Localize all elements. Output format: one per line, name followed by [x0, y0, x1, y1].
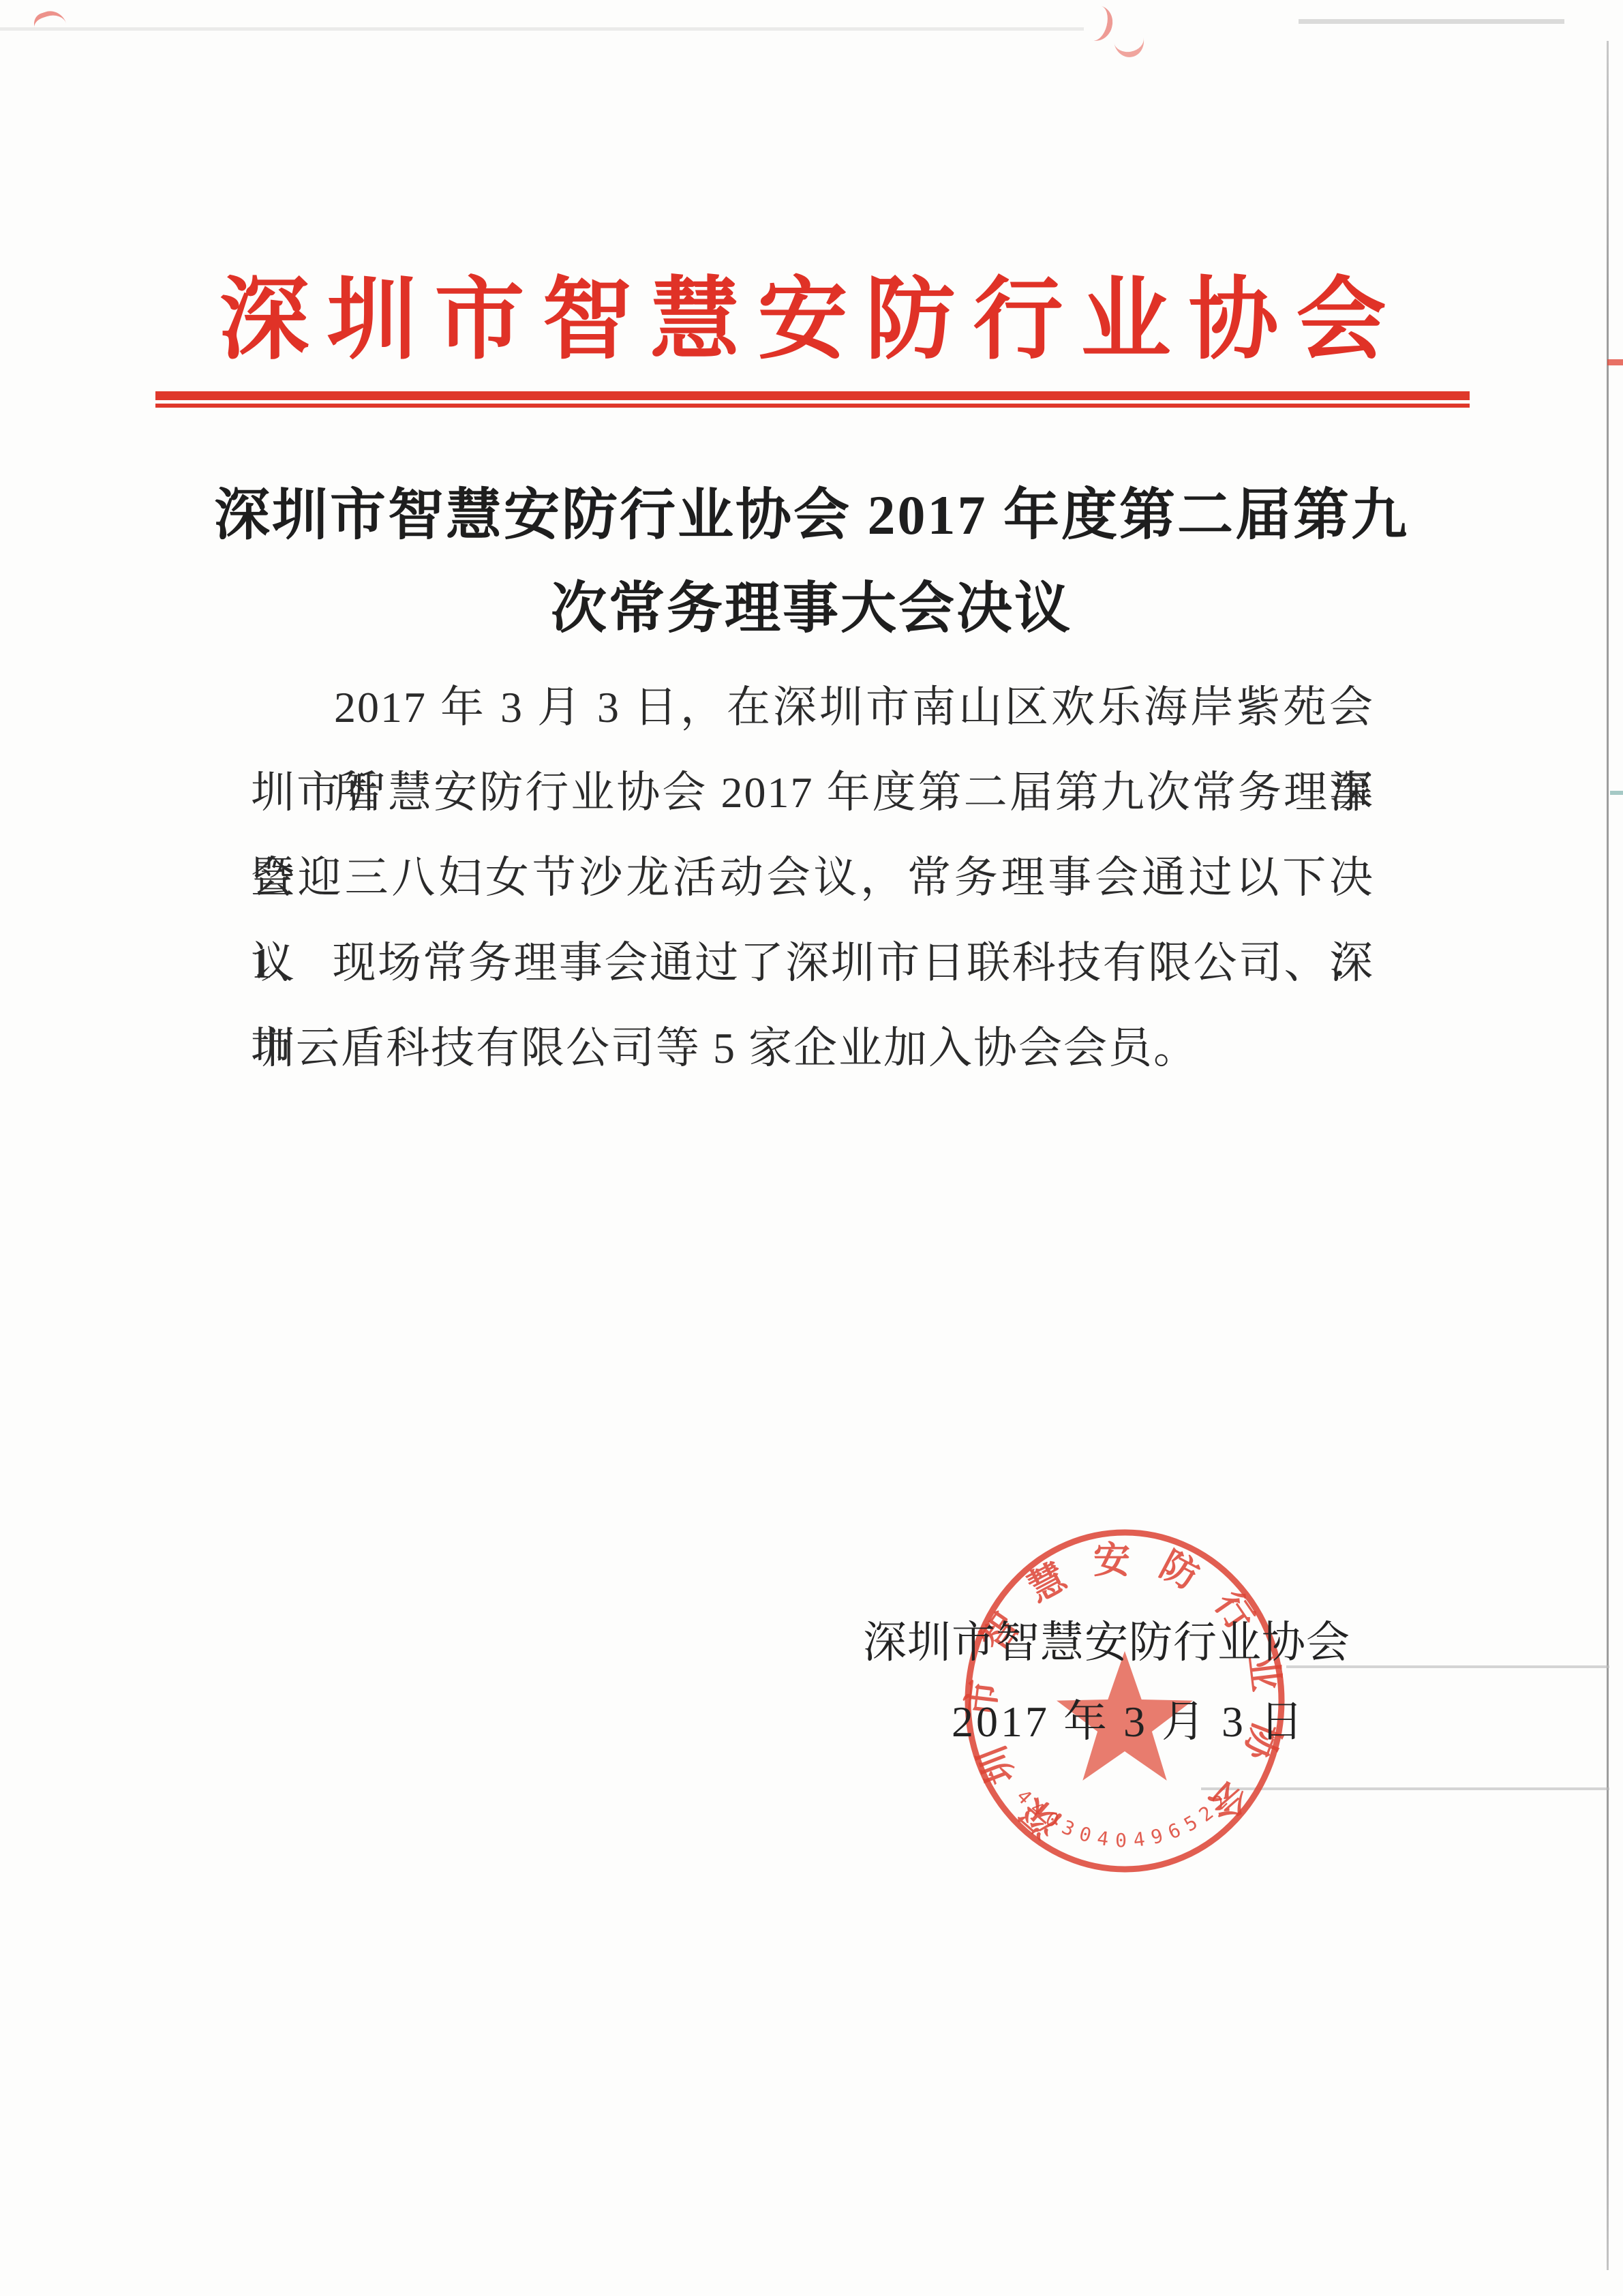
body-text-line: 市云盾科技有限公司等 5 家企业加入协会会员。	[251, 1006, 1374, 1091]
signature-org-name: 深圳市智慧安防行业协会	[863, 1616, 1350, 1670]
document-title-line-2: 次常务理事大会决议	[0, 571, 1623, 647]
scan-artifact-line	[0, 27, 1084, 31]
body-text-line: 圳市智慧安防行业协会 2017 年度第二届第九次常务理事会	[251, 750, 1374, 835]
body-text-line: 1、 现场常务理事会通过了深圳市日联科技有限公司、深圳	[251, 920, 1374, 1006]
letterhead-rule-thin	[155, 404, 1470, 408]
letterhead-rule-thick	[155, 391, 1470, 400]
scan-artifact-red-mark	[1111, 21, 1147, 60]
signature-date: 2017 年 3 月 3 日	[952, 1695, 1306, 1749]
scan-artifact-page-edge	[1607, 41, 1609, 2270]
scan-artifact-line	[1299, 19, 1564, 24]
scan-artifact-red-mark	[1077, 2, 1116, 44]
letterhead-org-name: 深圳市智慧安防行业协会	[0, 269, 1623, 372]
scanned-document-page: { "letterhead": { "org_name": "深圳市智慧安防行业…	[0, 0, 1623, 2296]
body-text-line: 2017 年 3 月 3 日，在深圳市南山区欢乐海岸紫苑会所深	[251, 665, 1374, 750]
body-text-line: 暨迎三八妇女节沙龙活动会议，常务理事会通过以下决议：	[251, 835, 1374, 920]
document-title-line-1: 深圳市智慧安防行业协会 2017 年度第二届第九	[0, 477, 1623, 554]
scan-artifact-mark	[1610, 791, 1623, 795]
scan-artifact-red-mark	[31, 7, 72, 48]
body-paragraph: 2017 年 3 月 3 日，在深圳市南山区欢乐海岸紫苑会所深 圳市智慧安防行业…	[251, 665, 1374, 1091]
